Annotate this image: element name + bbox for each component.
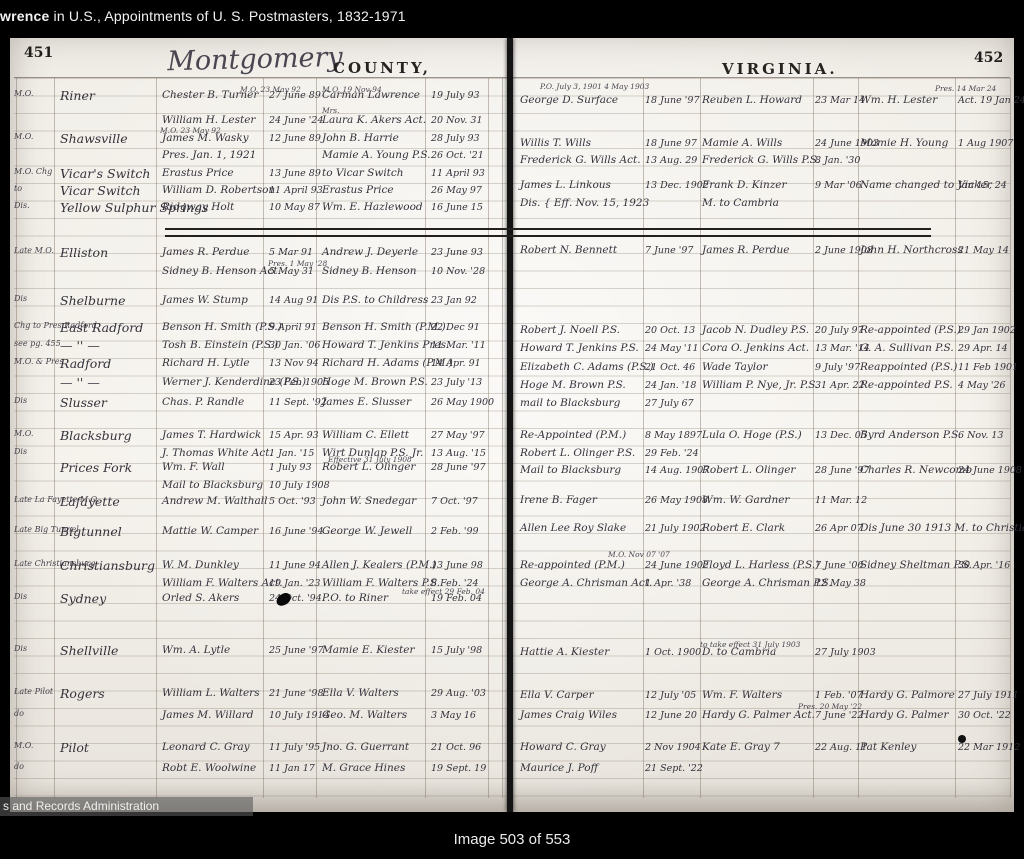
ledger-cell: Robert L. Olinger [702, 465, 815, 476]
ledger-cell: 24 June 1908 [958, 465, 1012, 476]
ledger-row: M.O. ChgVicar's SwitchErastus Price13 Ju… [14, 168, 496, 181]
ledger-cell: Chg to Pres Radford [14, 322, 60, 330]
ledger-cell: Re-appointed P.S. [860, 380, 958, 391]
ledger-cell: 13 Dec. 05 [815, 430, 860, 441]
ledger-cell: Dis [14, 448, 60, 456]
ledger-cell: 27 July 67 [645, 398, 702, 409]
ledger-cell [815, 448, 860, 449]
ledger-cell: 24 Jan. '18 [645, 380, 702, 391]
ledger-cell: George A. Chrisman P.S. [702, 578, 815, 589]
ledger-cell: 21 June '98 [269, 688, 322, 699]
ledger-row: Robert N. Bennett7 June '97James R. Perd… [520, 245, 1012, 256]
ledger-row: Hoge M. Brown P.S.24 Jan. '18William P. … [520, 380, 1012, 391]
ledger-cell: 10 July 1908 [269, 480, 322, 491]
ledger-cell: Ridgway Holt [162, 202, 269, 213]
ledger-cell: Hardy G. Palmer Act. [702, 710, 815, 721]
ledger-cell: 13 June 89 [269, 168, 322, 179]
ledger-cell: Mattie W. Camper [162, 526, 269, 537]
county-label: COUNTY, [333, 59, 431, 77]
ledger-cell: Bigtunnel [60, 526, 162, 539]
ledger-cell: James L. Linkous [520, 180, 645, 191]
ledger-row: Elizabeth C. Adams (P.S.)21 Oct. 46Wade … [520, 362, 1012, 373]
ledger-row: M.O.ShawsvilleJames M. Wasky12 June 89Jo… [14, 133, 496, 146]
ledger-cell: Slusser [60, 397, 162, 410]
ledger-cell: 30 Oct. '22 [958, 710, 1012, 721]
ledger-cell: 28 July 93 [431, 133, 496, 144]
ledger-row: James Craig Wiles12 June 20Hardy G. Palm… [520, 710, 1012, 721]
ledger-cell: Pres. Jan. 1, 1921 [162, 150, 269, 161]
ledger-cell: Maurice J. Poff [520, 763, 645, 774]
ledger-cell: 14 Aug. 1907 [645, 465, 702, 476]
ledger-cell: 24 June 1902 [645, 560, 702, 571]
ledger-cell: James R. Perdue [702, 245, 815, 256]
ledger-cell: 25 June '97 [269, 645, 322, 656]
ledger-cell: 7 June '97 [645, 245, 702, 256]
ledger-cell: 6 Nov. 13 [958, 430, 1012, 441]
ledger-cell: John H. Northcross [860, 245, 958, 256]
ledger-cell: Robert E. Clark [702, 523, 815, 534]
ledger-cell: Reappointed (P.S.) [860, 362, 958, 373]
interline-annotation: Pres. 14 Mar 24 [935, 84, 996, 93]
ledger-cell: 11 June 94 [269, 560, 322, 571]
ledger-row: Irene B. Fager26 May 1908Wm. W. Gardner1… [520, 495, 1012, 506]
ledger-cell: Re-appointed (P.S.) [860, 325, 958, 336]
ledger-cell: Charles R. Newcomb [860, 465, 958, 476]
ledger-cell: Robt E. Woolwine [162, 763, 269, 774]
ledger-cell: Mamie A. Young P.S. [322, 150, 431, 161]
ledger-cell: Prices Fork [60, 462, 162, 475]
ledger-cell: 11 April 93 [431, 168, 496, 179]
ledger-cell: 1 Aug 1907 [958, 138, 1012, 149]
ledger-row: DisShelburneJames W. Stump14 Aug 91Dis P… [14, 295, 496, 308]
state-label: VIRGINIA. [722, 60, 838, 78]
ledger-cell: Wade Taylor [702, 362, 815, 373]
ledger-cell: M.O. [14, 430, 60, 438]
ledger-cell: 10 Nov. '28 [431, 266, 496, 277]
ledger-cell: East Radford [60, 322, 162, 335]
ledger-row: toVicar SwitchWilliam D. Robertson11 Apr… [14, 185, 496, 198]
record-viewer: wrence in U.S., Appointments of U. S. Po… [0, 0, 1024, 859]
ledger-cell: see pg. 455 [14, 340, 60, 348]
ledger-cell: M.O. [14, 133, 60, 141]
ledger-cell: Lafayette [60, 496, 162, 509]
ledger-cell: 26 Apr 07 [815, 523, 860, 534]
ink-dot [958, 735, 966, 743]
ledger-cell: James R. Perdue [162, 247, 269, 258]
ledger-cell: Act. 19 Jan 24 [958, 95, 1012, 106]
ledger-cell: Sidney B. Henson Act. [162, 266, 269, 277]
ledger-cell: 10 May 87 [269, 202, 322, 213]
interline-annotation: take effect 29 Feb. 04 [402, 587, 485, 596]
ledger-row: doRobt E. Woolwine11 Jan 17M. Grace Hine… [14, 763, 496, 774]
ledger-row: Allen Lee Roy Slake21 July 1902Robert E.… [520, 523, 1012, 534]
ledger-cell: Howard C. Gray [520, 742, 645, 753]
ledger-cell: Reuben L. Howard [702, 95, 815, 106]
ledger-cell: Yellow Sulphur Springs [60, 202, 162, 215]
ledger-cell: 7 Oct. '97 [431, 496, 496, 507]
ledger-cell: 16 June 15 [431, 202, 496, 213]
ledger-cell: Elizabeth C. Adams (P.S.) [520, 362, 645, 373]
ledger-cell: 24 June '24 [269, 115, 322, 126]
ledger-cell: Hardy G. Palmer [860, 710, 958, 721]
ledger-cell: 21 Oct. 46 [645, 362, 702, 373]
ledger-cell: 1 July 93 [269, 462, 322, 473]
ledger-cell: Richard H. Adams (P.M.) [322, 358, 431, 369]
ledger-row: Howard T. Jenkins P.S.24 May '11Cora O. … [520, 343, 1012, 354]
ledger-cell: James M. Willard [162, 710, 269, 721]
ledger-cell: Re-Appointed (P.M.) [520, 430, 645, 441]
ledger-cell: Vicar Switch [60, 185, 162, 198]
ledger-cell: do [14, 763, 60, 771]
ledger-cell: Robert N. Bennett [520, 245, 645, 256]
ledger-row: M.O.BlacksburgJames T. Hardwick15 Apr. 9… [14, 430, 496, 443]
ledger-cell: Werner J. Kenderdine (P.S.) [162, 377, 269, 388]
ledger-cell: Elliston [60, 247, 162, 260]
ledger-cell: 23 Mar 14 [815, 95, 860, 106]
ledger-cell: 11 Jan 17 [269, 763, 322, 774]
ledger-cell: Late La Fayette M.O. [14, 496, 60, 504]
ledger-row: Re-Appointed (P.M.)8 May 1897Lula O. Hog… [520, 430, 1012, 441]
ledger-cell: 24 June 1903 [815, 138, 860, 149]
record-title-rest: in U.S., Appointments of U. S. Postmaste… [49, 8, 405, 24]
ledger-cell: Leonard C. Gray [162, 742, 269, 753]
ledger-cell [815, 398, 860, 399]
ledger-cell: Sidney Sheltman P.S. [860, 560, 958, 571]
image-counter: Image 503 of 553 [0, 831, 1024, 848]
ledger-cell: 11 April 93 [269, 185, 322, 196]
ledger-row: Re-appointed (P.M.)24 June 1902Floyd L. … [520, 560, 1012, 571]
ledger-cell: 31 Apr. 22 [815, 380, 860, 391]
ledger-cell: Dis [14, 593, 60, 601]
ledger-cell: Benson H. Smith (P.S.) [162, 322, 269, 333]
ledger-cell: 18 June '97 [645, 95, 702, 106]
ledger-cell: Irene B. Fager [520, 495, 645, 506]
ledger-cell: 21 July 1902 [645, 523, 702, 534]
ledger-cell: Dis P.S. to Childress [322, 295, 431, 306]
ledger-cell: Shawsville [60, 133, 162, 146]
ledger-cell: Willis T. Wills [520, 138, 645, 149]
ledger-row: James L. Linkous13 Dec. 1902Frank D. Kin… [520, 180, 1012, 191]
column-line [502, 78, 503, 798]
ledger-cell: Late Big Tunnel [14, 526, 60, 534]
ledger-row: mail to Blacksburg27 July 67 [520, 398, 1012, 409]
ledger-row: see pg. 455— '' —Tosh B. Einstein (P.S.)… [14, 340, 496, 353]
ledger-row: Late ChristiansburgChristiansburgW. M. D… [14, 560, 496, 573]
ledger-row: William H. Lester24 June '24Laura K. Ake… [14, 115, 496, 126]
ledger-cell: 11 July '95 [269, 742, 322, 753]
ledger-cell [958, 398, 1012, 399]
ledger-cell: 1 Jan. '15 [269, 448, 322, 459]
ledger-cell [958, 155, 1012, 156]
interline-annotation: Pres. 1 May '28 [268, 259, 327, 268]
ledger-cell: Ella V. Walters [322, 688, 431, 699]
ledger-cell: 24 May '11 [645, 343, 702, 354]
ledger-cell: Ella V. Carper [520, 690, 645, 701]
ledger-cell: 12 July '05 [645, 690, 702, 701]
ledger-cell: 26 May 97 [431, 185, 496, 196]
interline-annotation: M.O. 23 May 92 [240, 85, 301, 94]
ledger-cell: 14 Apr. 91 [431, 358, 496, 369]
ledger-row: Sidney B. Henson Act.5 May 31Sidney B. H… [14, 266, 496, 277]
ledger-cell: 29 Apr. 14 [958, 343, 1012, 354]
ledger-cell: Allen Lee Roy Slake [520, 523, 645, 534]
ledger-cell: mail to Blacksburg [520, 398, 645, 409]
ledger-cell: Wm. A. Lytle [162, 645, 269, 656]
ledger-cell: Robert L. Olinger P.S. [520, 448, 645, 459]
ledger-cell: 23 June 93 [431, 247, 496, 258]
county-name-handwritten: Montgomery [150, 41, 361, 77]
ledger-cell: 12 June 89 [269, 133, 322, 144]
ledger-cell: Robert J. Noell P.S. [520, 325, 645, 336]
ledger-cell: 11 Mar. '11 [431, 340, 496, 351]
ledger-cell: 9 July '97 [815, 362, 860, 373]
ledger-cell: 29 Feb. '24 [645, 448, 702, 459]
ledger-cell: William H. Lester [162, 115, 269, 126]
ledger-cell [958, 578, 1012, 579]
ledger-cell: 28 June '97 [431, 462, 496, 473]
ledger-cell: 27 May '97 [431, 430, 496, 441]
ledger-cell: 27 July 1903 [815, 647, 860, 658]
ledger-cell: Riner [60, 90, 162, 103]
ledger-cell: Orled S. Akers [162, 593, 269, 604]
ledger-cell: Dis. [14, 202, 60, 210]
ledger-cell: James T. Hardwick [162, 430, 269, 441]
ledger-cell: 29 Aug. '03 [431, 688, 496, 699]
ledger-cell: 11 Sept. '92 [269, 397, 322, 408]
ledger-cell: J. Thomas White Act. [162, 448, 269, 459]
ledger-cell: William C. Ellett [322, 430, 431, 441]
ledger-cell: John B. Harrie [322, 133, 431, 144]
interline-annotation: M.O. 19 Nov 94 [322, 85, 382, 94]
ledger-row: doJames M. Willard10 July 1914Geo. M. Wa… [14, 710, 496, 721]
ledger-cell: 9 Mar '06 [815, 180, 860, 191]
ledger-cell: Howard T. Jenkins P.S. [520, 343, 645, 354]
ledger-cell: to Vicar Switch [322, 168, 431, 179]
ledger-cell: 2 Feb. '99 [431, 526, 496, 537]
ledger-cell: Erastus Price [322, 185, 431, 196]
ledger-row: Robert J. Noell P.S.20 Oct. 13Jacob N. D… [520, 325, 1012, 336]
ledger-cell: 30 Jan. '06 [269, 340, 322, 351]
ledger-row: George A. Chrisman Act.1 Apr. '38George … [520, 578, 1012, 589]
ledger-cell: John W. Snedegar [322, 496, 431, 507]
ledger-cell: William P. Nye, Jr. P.S. [702, 380, 815, 391]
archive-watermark: s and Records Administration [0, 797, 253, 816]
ledger-cell: Tosh B. Einstein (P.S.) [162, 340, 269, 351]
ledger-row: — '' —Werner J. Kenderdine (P.S.)23 Feb … [14, 377, 496, 390]
ledger-cell: Howard T. Jenkins Pres. [322, 340, 431, 351]
ledger-cell: Mamie E. Kiester [322, 645, 431, 656]
ledger-cell: Shelburne [60, 295, 162, 308]
ledger-cell: Wm. W. Gardner [702, 495, 815, 506]
ledger-cell: Benson H. Smith (P.M.) [322, 322, 431, 333]
ledger-cell: Erastus Price [162, 168, 269, 179]
ledger-row: Willis T. Wills18 June 97Mamie A. Wills2… [520, 138, 1012, 149]
ledger-cell: to [14, 185, 60, 193]
ledger-cell: Mail to Blacksburg [162, 480, 269, 491]
ledger-cell: 21 Sept. '22 [645, 763, 702, 774]
right-page-number: 452 [974, 50, 1003, 66]
ledger-cell: 7 June '22 [815, 710, 860, 721]
ledger-cell [958, 647, 1012, 648]
ledger-cell: Andrew J. Deyerle [322, 247, 431, 258]
ledger-cell: James Craig Wiles [520, 710, 645, 721]
left-page-number: 451 [24, 45, 53, 61]
record-title: wrence in U.S., Appointments of U. S. Po… [0, 8, 406, 24]
ledger-cell: Sidney B. Henson [322, 266, 431, 277]
ledger-cell: Laura K. Akers Act. [322, 115, 431, 126]
ledger-cell: 26 May 1908 [645, 495, 702, 506]
ledger-cell: William D. Robertson [162, 185, 269, 196]
ledger-row: Mail to Blacksburg10 July 1908 [14, 480, 496, 491]
ledger-cell: 14 Aug 91 [269, 295, 322, 306]
ledger-cell: Re-appointed (P.M.) [520, 560, 645, 571]
ledger-cell: Frank D. Kinzer [702, 180, 815, 191]
ledger-cell: — '' — [60, 377, 162, 390]
ledger-cell: 8 May 1897 [645, 430, 702, 441]
ledger-row: Late M.O.EllistonJames R. Perdue5 Mar 91… [14, 247, 496, 260]
ledger-cell: George A. Chrisman Act. [520, 578, 645, 589]
ledger-cell: 20 July 97 [815, 325, 860, 336]
ledger-row: Dis. { Eff. Nov. 15, 1923M. to Cambria [520, 198, 1012, 209]
ledger-row: George D. Surface18 June '97Reuben L. Ho… [520, 95, 1012, 106]
ledger-cell: Frederick G. Wills Act. [520, 155, 645, 166]
viewer-title-bar: wrence in U.S., Appointments of U. S. Po… [0, 0, 1024, 31]
ledger-cell: W. M. Dunkley [162, 560, 269, 571]
ledger-row: Maurice J. Poff21 Sept. '22 [520, 763, 1012, 774]
ledger-cell [431, 480, 496, 481]
ledger-cell: 20 Oct. 13 [645, 325, 702, 336]
ledger-cell: 9 April 91 [269, 322, 322, 333]
ledger-cell: James W. Stump [162, 295, 269, 306]
ledger-cell [958, 763, 1012, 764]
ledger-cell: Cora O. Jenkins Act. [702, 343, 815, 354]
ledger-row: M.O. & PresRadfordRichard H. Lytle13 Nov… [14, 358, 496, 371]
page-gutter [507, 38, 513, 812]
ledger-cell: G. A. Sullivan P.S. [860, 343, 958, 354]
ledger-cell: 15 Apr. 93 [269, 430, 322, 441]
ledger-cell: Lula O. Hoge (P.S.) [702, 430, 815, 441]
ledger-cell: 13 Mar. '14 [815, 343, 860, 354]
ledger-cell: 22 Dec 91 [431, 322, 496, 333]
ledger-cell: George D. Surface [520, 95, 645, 106]
ledger-cell: 26 May 1900 [431, 397, 496, 408]
ledger-cell: 13 Aug. 29 [645, 155, 702, 166]
ledger-row: Late PilotRogersWilliam L. Walters21 Jun… [14, 688, 496, 701]
ledger-cell: Hoge M. Brown P.S. [322, 377, 431, 388]
ledger-cell: Wm. F. Walters [702, 690, 815, 701]
ledger-cell: Blacksburg [60, 430, 162, 443]
interline-annotation: M.O. Nov 07 '07 [608, 550, 670, 559]
ledger-cell: 11 Mar. 12 [815, 495, 860, 506]
scanned-document-image[interactable]: 451 Montgomery COUNTY, VIRGINIA. 452 M.O… [10, 38, 1014, 812]
ledger-cell: Mamie H. Young [860, 138, 958, 149]
ledger-row: Mail to Blacksburg14 Aug. 1907Robert L. … [520, 465, 1012, 476]
ledger-row: Prices ForkWm. F. Wall1 July 93Robert L.… [14, 462, 496, 475]
ledger-cell: 19 Jan. '23 [269, 578, 322, 589]
ledger-cell: Dis [14, 295, 60, 303]
ledger-cell: 27 July 1911 [958, 690, 1012, 701]
ledger-cell: 3 May 16 [431, 710, 496, 721]
ledger-row: M.O.PilotLeonard C. Gray11 July '95Jno. … [14, 742, 496, 755]
ledger-row: Late Big TunnelBigtunnelMattie W. Camper… [14, 526, 496, 539]
ledger-row: Ella V. Carper12 July '05Wm. F. Walters1… [520, 690, 1012, 701]
ledger-cell: 23 July '13 [431, 377, 496, 388]
ledger-cell: 20 Nov. 31 [431, 115, 496, 126]
ledger-cell: 16 June '94 [269, 526, 322, 537]
ledger-cell: 2 Nov 1904 [645, 742, 702, 753]
ledger-cell: Kate E. Gray 7 [702, 742, 815, 753]
ledger-cell: Late Christiansburg [14, 560, 60, 568]
ledger-row: DisShellvilleWm. A. Lytle25 June '97Mami… [14, 645, 496, 658]
ledger-cell: Allen J. Kealers (P.M.) [322, 560, 431, 571]
ledger-cell: Dis. { Eff. Nov. 15, 1923 [520, 198, 645, 209]
ledger-cell: M.O. [14, 90, 60, 98]
ledger-cell: Late M.O. [14, 247, 60, 255]
interline-annotation: Effective 31 July 1908 [328, 455, 412, 464]
ledger-cell: Hoge M. Brown P.S. [520, 380, 645, 391]
ledger-cell: Hattie A. Kiester [520, 647, 645, 658]
ledger-cell: 15 July '98 [431, 645, 496, 656]
ledger-cell: M. to Cambria [702, 198, 815, 209]
ledger-cell: do [14, 710, 60, 718]
ledger-cell: 13 Aug. '15 [431, 448, 496, 459]
ledger-cell: Jno. G. Guerrant [322, 742, 431, 753]
ledger-cell: 13 Dec. 1902 [645, 180, 702, 191]
ledger-cell: 29 Jan 1902 [958, 325, 1012, 336]
ledger-cell: 22 Mar 1912 [958, 742, 1012, 753]
interline-annotation: to take effect 31 July 1903 [700, 640, 800, 649]
ledger-cell: 10 July 1914 [269, 710, 322, 721]
ledger-cell: 26 Oct. '21 [431, 150, 496, 161]
ledger-cell: Mail to Blacksburg [520, 465, 645, 476]
interline-annotation: M.O. 23 May 92 [160, 126, 221, 135]
heavy-double-rule [165, 228, 931, 237]
ledger-cell: 2 June 1908 [815, 245, 860, 256]
interline-annotation: Mrs. [322, 106, 340, 115]
ledger-cell: George W. Jewell [322, 526, 431, 537]
ledger-cell: 8 Jan. '30 [815, 155, 860, 166]
ledger-row: Dis.Yellow Sulphur SpringsRidgway Holt10… [14, 202, 496, 215]
ledger-row: DisSlusserChas. P. Randle11 Sept. '92Jam… [14, 397, 496, 410]
ledger-row: Frederick G. Wills Act.13 Aug. 29Frederi… [520, 155, 1012, 166]
interline-annotation: Pres. 20 May '22 [798, 702, 862, 711]
ledger-cell: Jan 15, 24 [958, 180, 1012, 191]
ledger-cell: Pilot [60, 742, 162, 755]
ledger-cell: Frederick G. Wills P.S. [702, 155, 815, 166]
ledger-cell: Dis [14, 645, 60, 653]
ledger-row: DisJ. Thomas White Act.1 Jan. '15Wirt Du… [14, 448, 496, 459]
ledger-cell: 4 May '26 [958, 380, 1012, 391]
ledger-cell: Pat Kenley [860, 742, 958, 753]
ledger-cell [958, 448, 1012, 449]
ledger-cell: 7 June '06 [815, 560, 860, 571]
search-term-highlight: wrence [0, 8, 49, 24]
ledger-cell [815, 763, 860, 764]
ledger-cell: James E. Slusser [322, 397, 431, 408]
ledger-row: Chg to Pres RadfordEast RadfordBenson H.… [14, 322, 496, 335]
ledger-cell: Dis June 30 1913 M. to Christiansburg [860, 523, 958, 534]
ledger-cell: Rogers [60, 688, 162, 701]
ledger-cell [958, 495, 1012, 496]
ledger-cell: Byrd Anderson P.S. [860, 430, 958, 441]
ledger-cell: 1 Apr. '38 [645, 578, 702, 589]
ledger-cell [269, 150, 322, 151]
ledger-cell: 21 May 14 [958, 245, 1012, 256]
ledger-cell [958, 198, 1012, 199]
ledger-cell: William F. Walters Act. [162, 578, 269, 589]
ledger-cell: Hardy G. Palmore [860, 690, 958, 701]
ledger-cell: Dis [14, 397, 60, 405]
